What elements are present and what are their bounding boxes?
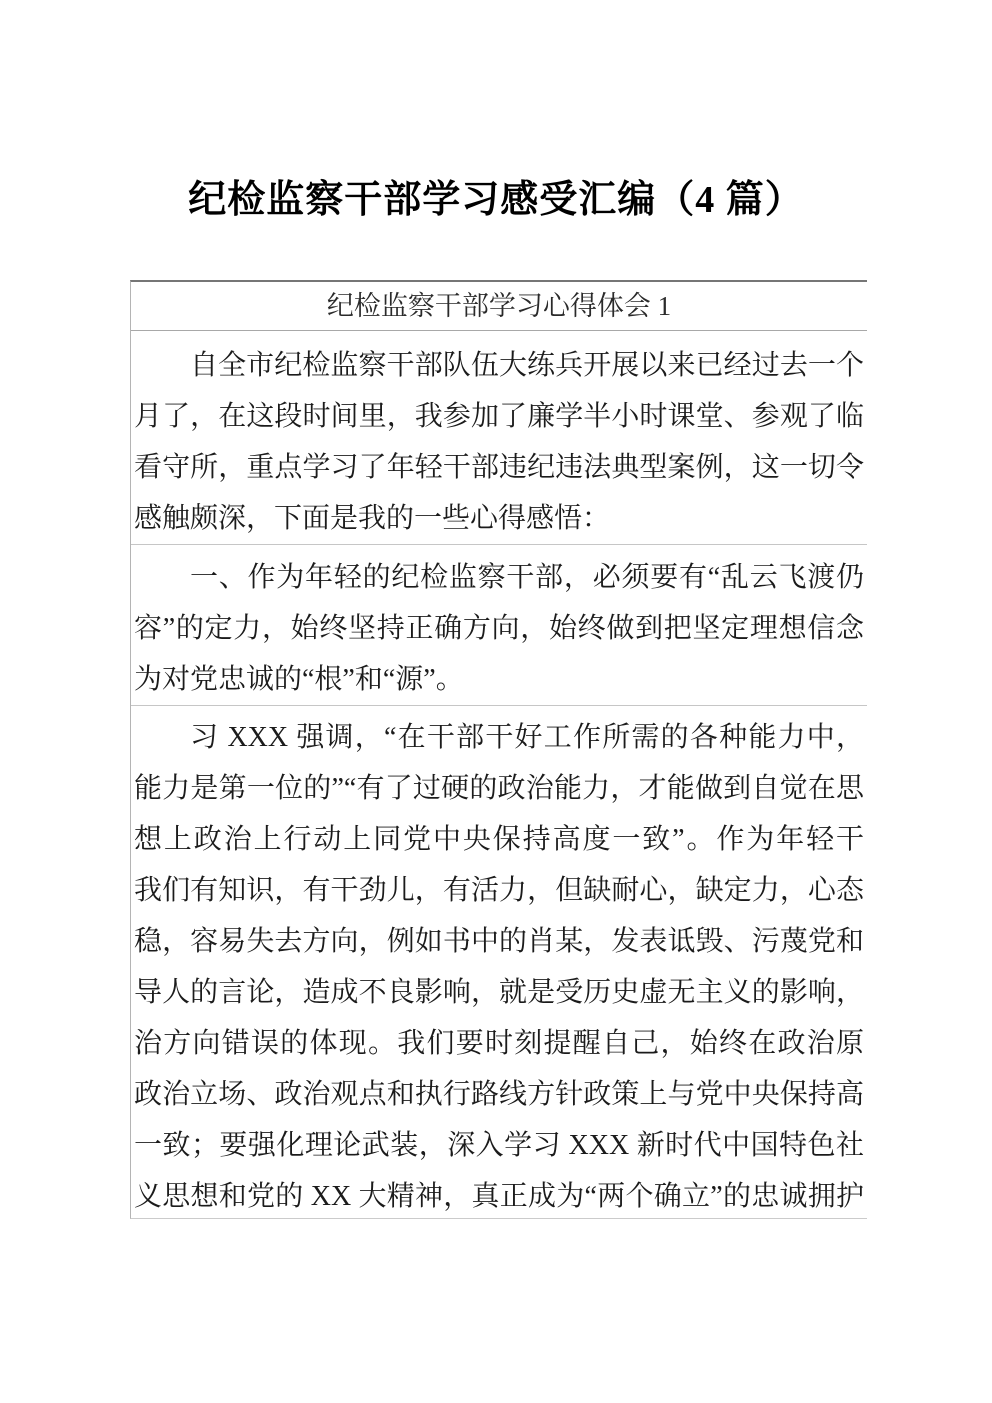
text-line: 容”的定力，始终坚持正确方向，始终做到把坚定理想信念作: [134, 603, 864, 654]
content-table: 纪检监察干部学习心得体会 1 自全市纪检监察干部队伍大练兵开展以来已经过去一个多…: [130, 280, 867, 1219]
document-title: 纪检监察干部学习感受汇编（4 篇）: [0, 168, 992, 223]
text-line: 月了，在这段时间里，我参加了廉学半小时课堂、参观了临海: [134, 391, 864, 442]
paragraph-row: 一、作为年轻的纪检监察干部，必须要有“乱云飞渡仍从 容”的定力，始终坚持正确方向…: [131, 545, 867, 706]
document-page: 纪检监察干部学习感受汇编（4 篇） 纪检监察干部学习心得体会 1 自全市纪检监察…: [0, 0, 992, 1403]
section-heading: 纪检监察干部学习心得体会 1: [327, 291, 671, 321]
text-line: 想上政治上行动上同党中央保持高度一致”。作为年轻干部，: [134, 814, 864, 865]
text-line: 稳，容易失去方向，例如书中的肖某，发表诋毁、污蔑党和领: [134, 916, 864, 967]
text-line: 看守所，重点学习了年轻干部违纪违法典型案例，这一切令我: [134, 442, 864, 493]
text-line: 能力是第一位的”“有了过硬的政治能力，才能做到自觉在思: [134, 763, 864, 814]
table-header-row: 纪检监察干部学习心得体会 1: [131, 282, 867, 331]
text-line: 一致；要强化理论武装，深入学习 XXX 新时代中国特色社会主: [134, 1120, 864, 1171]
text-line: 为对党忠诚的“根”和“源”。: [134, 654, 864, 705]
paragraph-row: 习 XXX 强调，“在干部干好工作所需的各种能力中，政治 能力是第一位的”“有了…: [131, 706, 867, 1219]
paragraph-row: 自全市纪检监察干部队伍大练兵开展以来已经过去一个多 月了，在这段时间里，我参加了…: [131, 331, 867, 545]
text-line: 导人的言论，造成不良影响，就是受历史虚无主义的影响，政: [134, 967, 864, 1018]
text-line: 一、作为年轻的纪检监察干部，必须要有“乱云飞渡仍从: [134, 552, 864, 603]
text-line: 治方向错误的体现。我们要时刻提醒自己，始终在政治原则、: [134, 1018, 864, 1069]
text-line: 习 XXX 强调，“在干部干好工作所需的各种能力中，政治: [134, 712, 864, 763]
text-line: 自全市纪检监察干部队伍大练兵开展以来已经过去一个多: [134, 340, 864, 391]
text-line: 感触颇深，下面是我的一些心得感悟：: [134, 493, 864, 544]
text-line: 政治立场、政治观点和执行路线方针政策上与党中央保持高度: [134, 1069, 864, 1120]
text-line: 义思想和党的 XX 大精神，真正成为“两个确立”的忠诚拥护者: [134, 1171, 864, 1219]
text-line: 我们有知识，有干劲儿，有活力，但缺耐心，缺定力，心态不: [134, 865, 864, 916]
